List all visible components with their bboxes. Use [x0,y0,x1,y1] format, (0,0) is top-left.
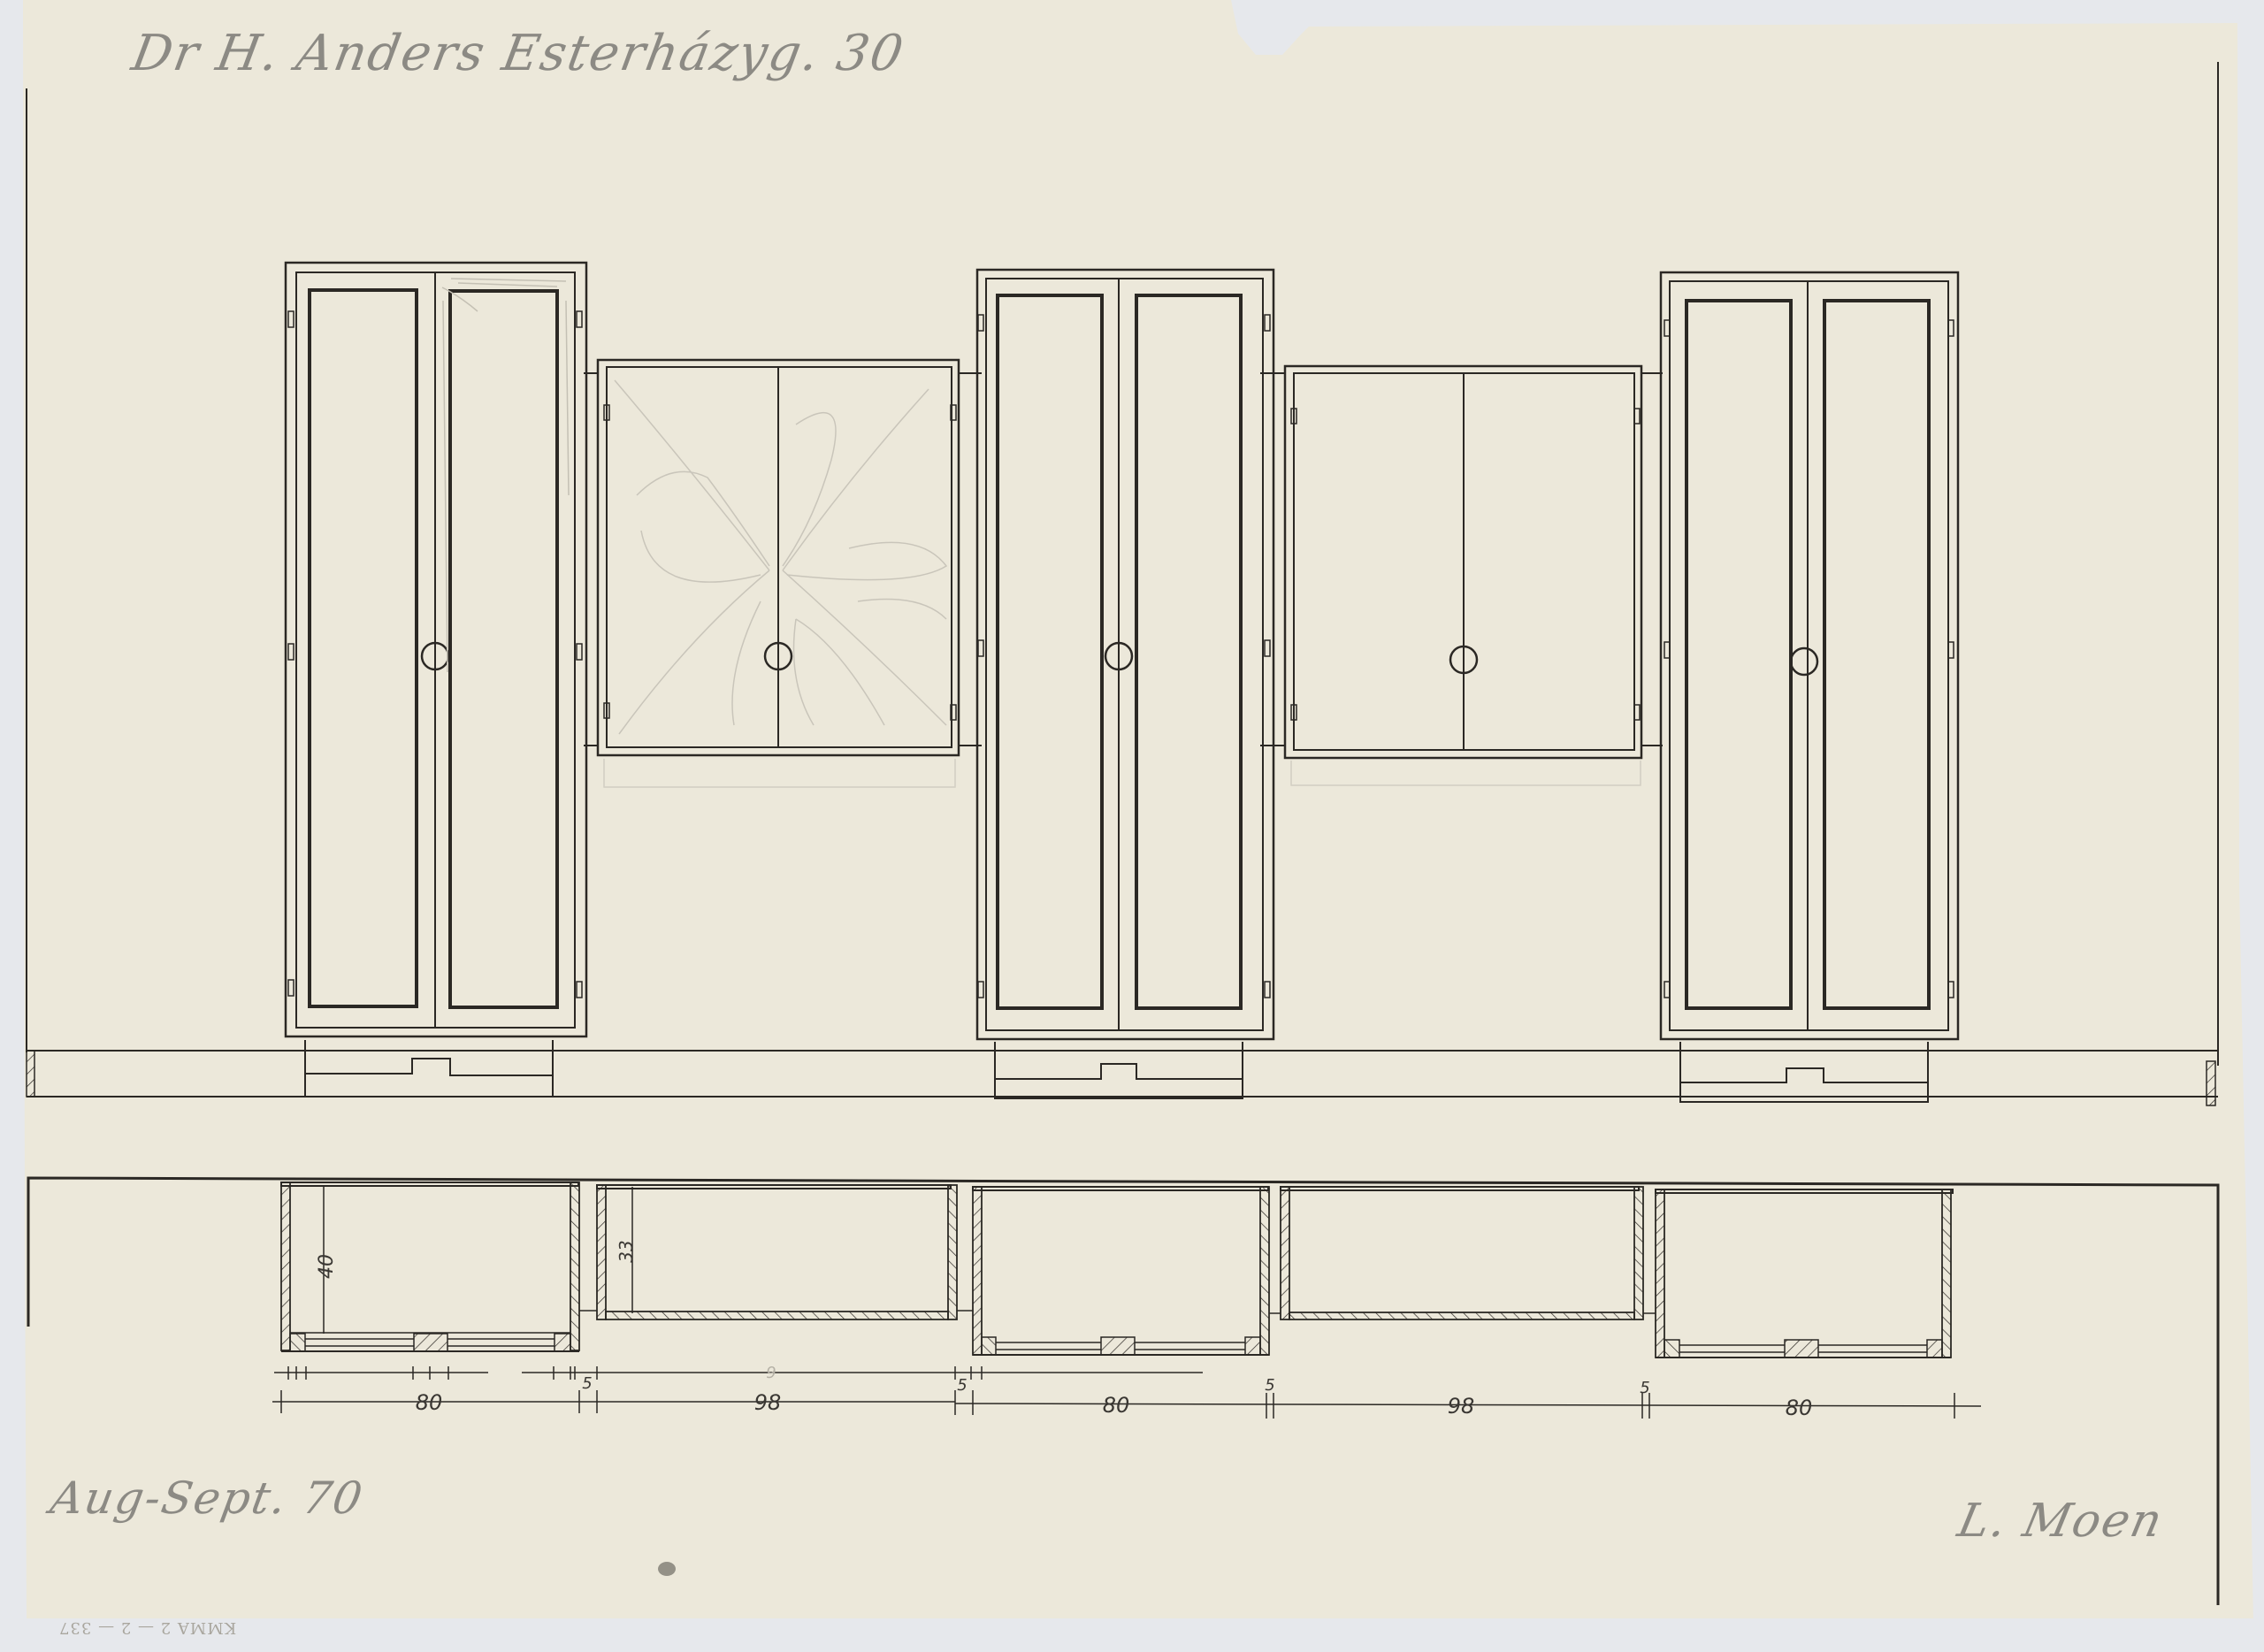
date-handwritten-note: Aug-Sept. 70 [47,1472,368,1524]
gap-dim-1: 5 [582,1374,592,1393]
width-dim-1: 80 [416,1390,443,1415]
archive-stamp: KMMA 2 — 2 — 337 [58,1618,236,1637]
width-dim-2: 98 [754,1390,782,1415]
drawing-sheet: 40 33 80 98 80 98 80 5 5 5 5 9 [0,0,2264,1652]
ink-smudge [658,1562,676,1576]
gap-dim-3: 5 [1265,1376,1274,1395]
width-dim-3: 80 [1103,1393,1130,1418]
depth-dimension-wall: 33 [616,1240,637,1262]
width-dim-5: 80 [1786,1396,1813,1420]
signature: L. Moen [1954,1495,2168,1548]
pencil-dim-mark: 9 [766,1364,776,1382]
width-dim-4: 98 [1448,1394,1475,1419]
gap-dim-2: 5 [957,1376,967,1395]
title-handwritten-note: Dr H. Anders Esterházyg. 30 [127,25,909,82]
depth-dimension-tall: 40 [316,1254,338,1279]
gap-dim-4: 5 [1640,1379,1649,1397]
technical-drawing: 40 33 80 98 80 98 80 5 5 5 5 9 [0,0,2264,1652]
